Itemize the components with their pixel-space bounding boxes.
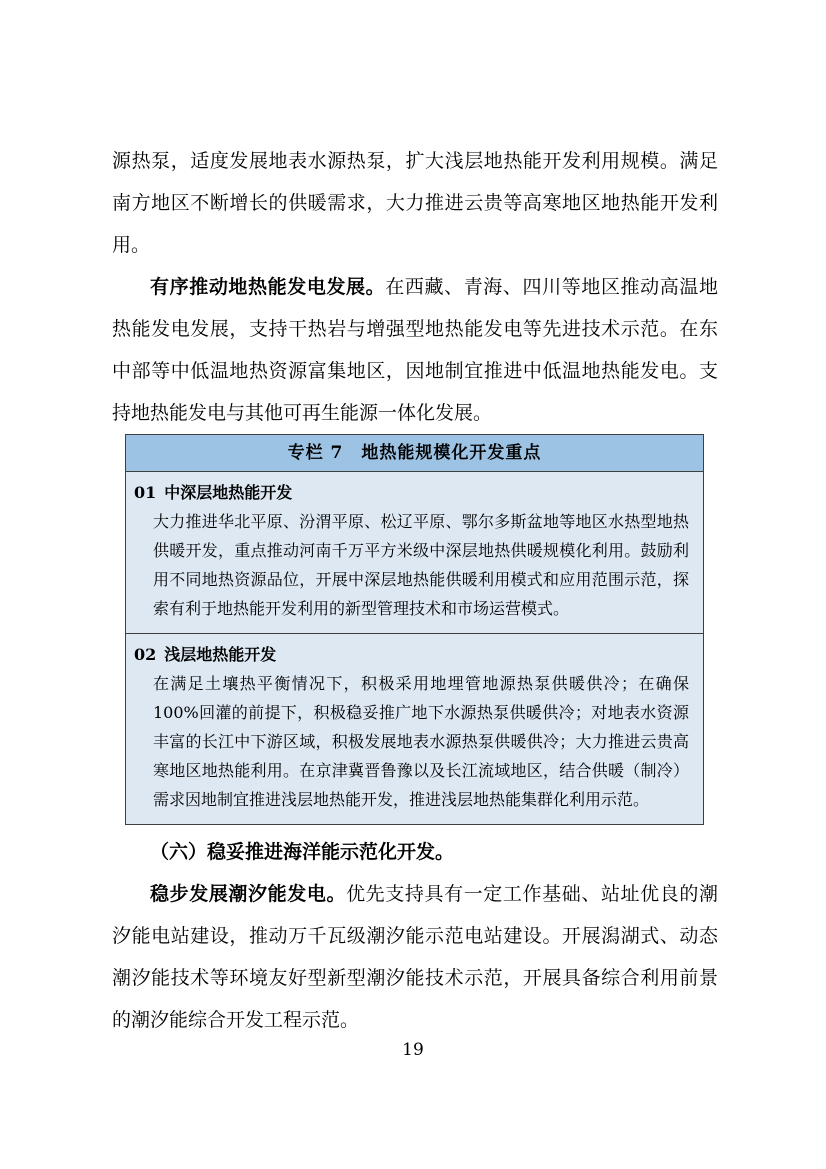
box-section-title: 浅层地热能开发: [164, 645, 276, 664]
box-section-title: 中深层地热能开发: [164, 483, 292, 502]
paragraph-geothermal-power: 有序推动地热能发电发展。在西藏、青海、四川等地区推动高温地热能发电发展，支持干热…: [112, 266, 718, 434]
paragraph-geothermal-heating-continued: 源热泵，适度发展地表水源热泵，扩大浅层地热能开发利用规模。满足南方地区不断增长的…: [112, 140, 718, 266]
paragraph-text: 优先支持具有一定工作基础、站址优良的潮汐能电站建设，推动万千瓦级潮汐能示范电站建…: [112, 883, 718, 1031]
box-section-number: 02: [134, 640, 156, 669]
box-section-shallow-geothermal: 02浅层地热能开发 在满足土壤热平衡情况下，积极采用地埋管地源热泵供暖供冷；在确…: [126, 633, 703, 824]
paragraph-text: 源热泵，适度发展地表水源热泵，扩大浅层地热能开发利用规模。满足南方地区不断增长的…: [112, 150, 718, 256]
paragraph-tidal-power: 稳步发展潮汐能发电。优先支持具有一定工作基础、站址优良的潮汐能电站建设，推动万千…: [112, 873, 718, 1041]
page-number: 19: [0, 1038, 826, 1062]
box-section-text: 大力推进华北平原、汾渭平原、松辽平原、鄂尔多斯盆地等地区水热型地热供暖开发，重点…: [153, 507, 689, 623]
box-section-number: 01: [134, 478, 156, 507]
box-section-text: 在满足土壤热平衡情况下，积极采用地埋管地源热泵供暖供冷；在确保 100%回灌的前…: [153, 669, 689, 814]
box-section-deep-geothermal: 01中深层地热能开发 大力推进华北平原、汾渭平原、松辽平原、鄂尔多斯盆地等地区水…: [126, 472, 703, 633]
callout-box-column7: 专栏 7 地热能规模化开发重点 01中深层地热能开发 大力推进华北平原、汾渭平原…: [125, 434, 704, 825]
callout-box-body: 01中深层地热能开发 大力推进华北平原、汾渭平原、松辽平原、鄂尔多斯盆地等地区水…: [126, 472, 703, 824]
page-content: 源热泵，适度发展地表水源热泵，扩大浅层地热能开发利用规模。满足南方地区不断增长的…: [112, 140, 718, 1041]
box-section-heading: 02浅层地热能开发: [134, 640, 689, 669]
paragraph-text: （六）稳妥推进海洋能示范化开发。: [150, 841, 454, 863]
paragraph-text: 在西藏、青海、四川等地区推动高温地热能发电发展，支持干热岩与增强型地热能发电等先…: [112, 276, 718, 424]
box-section-heading: 01中深层地热能开发: [134, 478, 689, 507]
paragraph-ocean-energy-heading: （六）稳妥推进海洋能示范化开发。: [112, 831, 718, 873]
paragraph-lead-bold: 稳步发展潮汐能发电。: [150, 883, 346, 905]
document-page: 源热泵，适度发展地表水源热泵，扩大浅层地热能开发利用规模。满足南方地区不断增长的…: [0, 0, 826, 1169]
paragraph-lead-bold: 有序推动地热能发电发展。: [150, 276, 385, 298]
callout-box-title: 专栏 7 地热能规模化开发重点: [126, 435, 703, 472]
